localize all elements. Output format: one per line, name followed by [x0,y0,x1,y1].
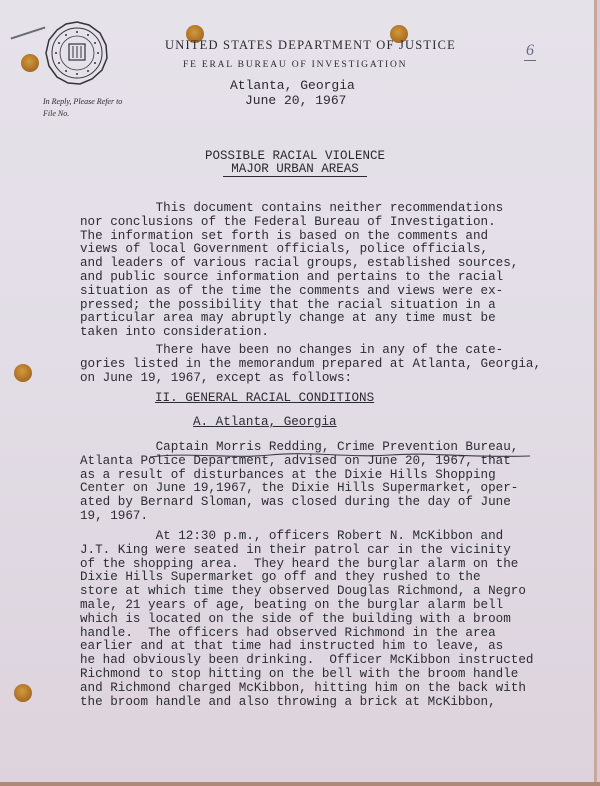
document-page: UNITED STATES DEPARTMENT OF JUSTICE FE E… [0,0,597,782]
letter-date: June 20, 1967 [245,93,445,108]
handwritten-page-number: 6 [524,42,536,61]
bureau-name: FE ERAL BUREAU OF INVESTIGATION [183,60,483,70]
section-heading: II. GENERAL RACIAL CONDITIONS [155,391,374,405]
document-title: POSSIBLE RACIAL VIOLENCE MAJOR URBAN ARE… [200,150,390,177]
reply-reference: In Reply, Please Refer to File No. [43,96,122,120]
changes-paragraph: There have been no changes in any of the… [80,344,540,385]
punch-hole [21,54,39,72]
pen-mark [11,26,46,39]
letter-city: Atlanta, Georgia [230,78,430,93]
page-edge [0,782,600,786]
disclaimer-paragraph: This document contains neither recommend… [80,202,540,340]
reply-line: In Reply, Please Refer to [43,96,122,108]
punch-hole [14,684,32,702]
fbi-seal-icon [44,20,110,86]
punch-hole [14,364,32,382]
file-no-label: File No. [43,108,122,120]
redding-paragraph: Captain Morris Redding, Crime Prevention… [80,441,540,524]
title-line-2: MAJOR URBAN AREAS [223,163,367,177]
incident-paragraph: At 12:30 p.m., officers Robert N. McKibb… [80,530,540,709]
subsection-heading: A. Atlanta, Georgia [193,415,337,429]
department-name: UNITED STATES DEPARTMENT OF JUSTICE [165,38,465,53]
